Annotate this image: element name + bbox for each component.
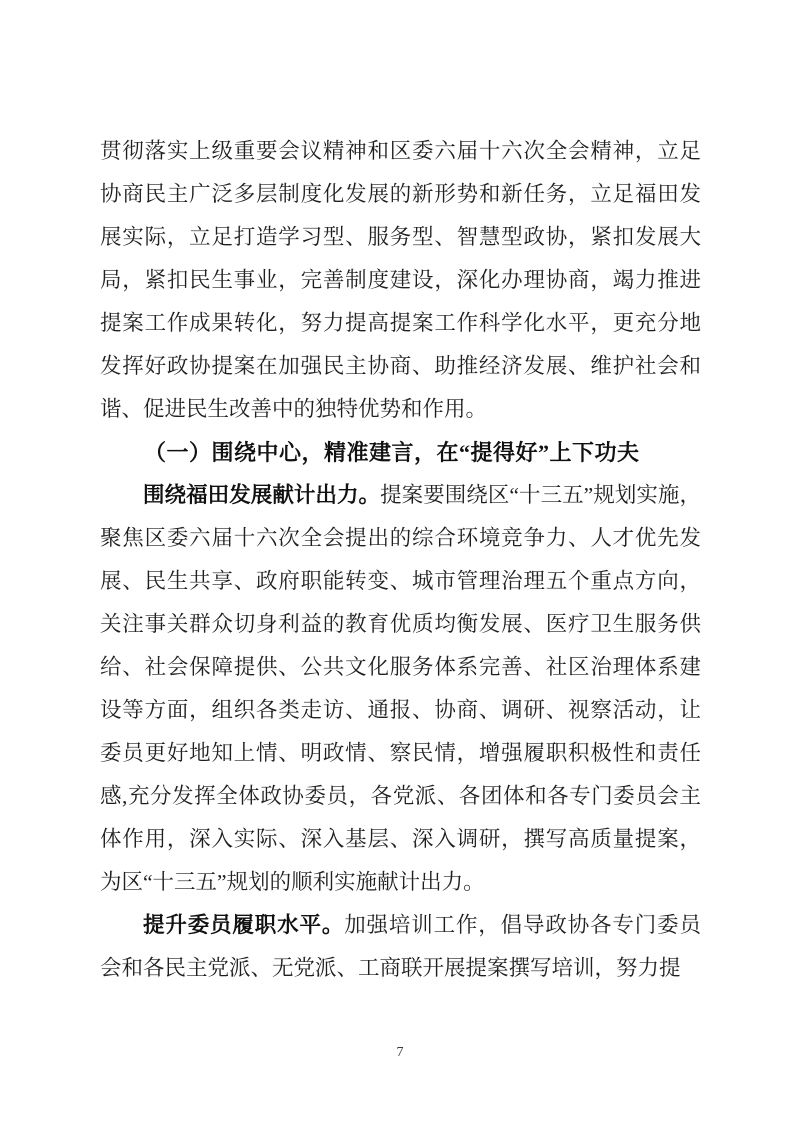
paragraph-continuation: 贯彻落实上级重要会议精神和区委六届十六次全会精神，立足协商民主广泛多层制度化发展… — [100, 130, 701, 431]
document-page: 贯彻落实上级重要会议精神和区委六届十六次全会精神，立足协商民主广泛多层制度化发展… — [0, 0, 800, 1131]
paragraph-focus-futian: 围绕福田发展献计出力。提案要围绕区“十三五”规划实施，聚焦区委六届十六次全会提出… — [100, 474, 701, 904]
document-body: 贯彻落实上级重要会议精神和区委六届十六次全会精神，立足协商民主广泛多层制度化发展… — [100, 130, 701, 990]
section-heading: （一）围绕中心，精准建言，在“提得好”上下功夫 — [100, 431, 701, 474]
paragraph-member-training: 提升委员履职水平。加强培训工作，倡导政协各专门委员会和各民主党派、无党派、工商联… — [100, 904, 701, 990]
paragraph-body-text: 提案要围绕区“十三五”规划实施，聚焦区委六届十六次全会提出的综合环境竞争力、人才… — [100, 483, 701, 894]
page-number: 7 — [0, 1045, 800, 1061]
paragraph-lead-bold: 提升委员履职水平。 — [143, 913, 344, 937]
paragraph-lead-bold: 围绕福田发展献计出力。 — [143, 483, 380, 507]
